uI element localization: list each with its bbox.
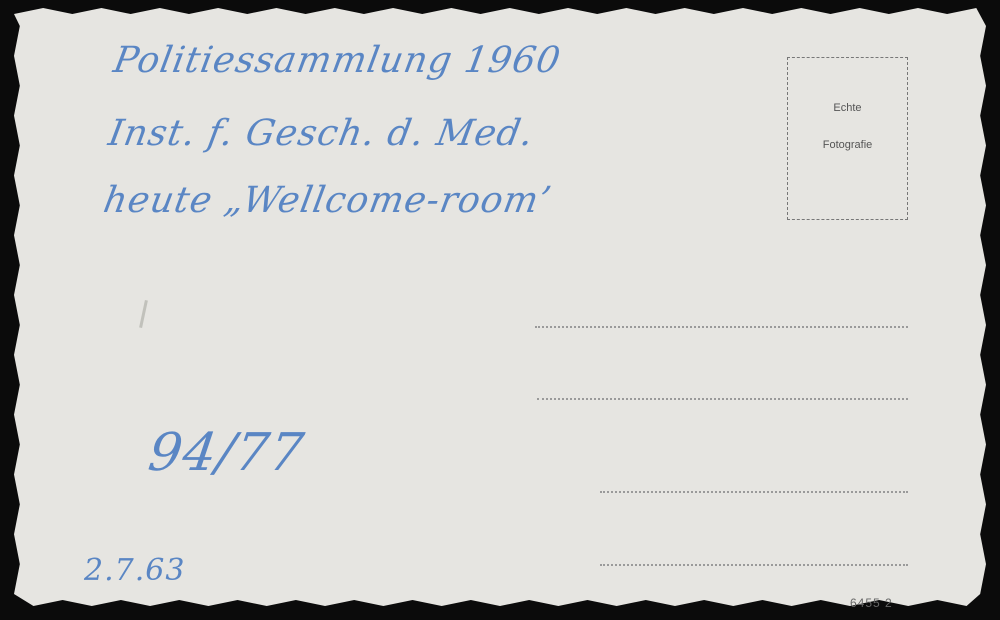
address-line-2	[537, 398, 908, 400]
stamp-box: Echte Fotografie	[787, 57, 908, 220]
stamp-label-echte: Echte	[788, 102, 907, 114]
handwritten-line-institute: Inst. f. Gesch. d. Med.	[105, 113, 537, 154]
handwritten-date: 2.7.63	[84, 553, 185, 588]
handwritten-line-collection: Politiessammlung 1960	[110, 40, 564, 81]
catalog-number: 6455 2	[850, 596, 893, 610]
inventory-number: 94/77	[145, 423, 308, 483]
pencil-mark	[139, 300, 148, 328]
handwritten-line-wellcome: heute „Wellcome-room’	[100, 180, 554, 221]
address-line-3	[600, 491, 908, 493]
address-line-4	[600, 564, 908, 566]
address-line-1	[535, 326, 908, 328]
stamp-label-fotografie: Fotografie	[788, 139, 907, 151]
